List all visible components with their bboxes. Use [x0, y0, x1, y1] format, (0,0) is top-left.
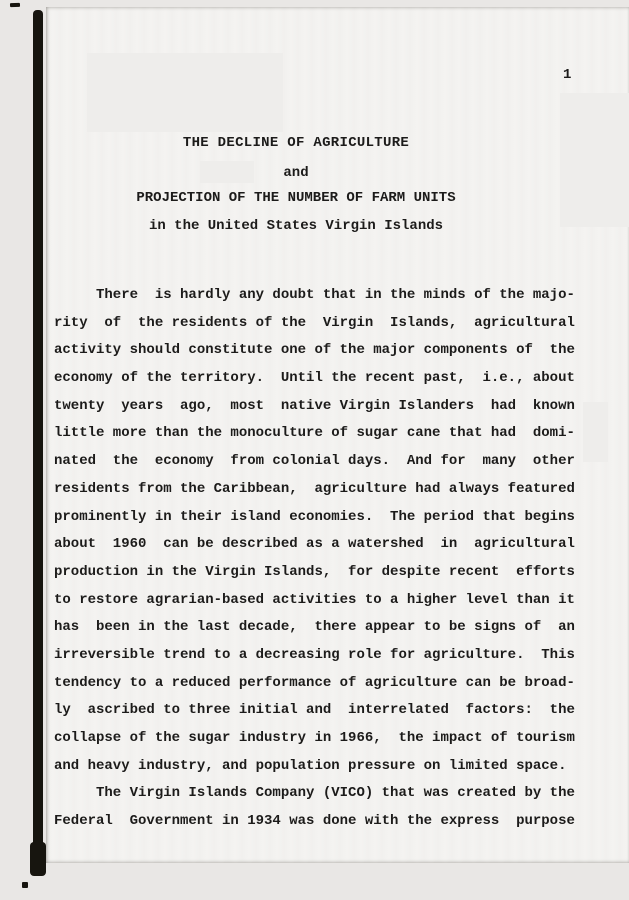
- body-line: collapse of the sugar industry in 1966, …: [54, 725, 578, 753]
- body-line: Federal Government in 1934 was done with…: [54, 808, 578, 836]
- page-number: 1: [563, 67, 572, 83]
- body-line: The Virgin Islands Company (VICO) that w…: [54, 780, 578, 808]
- body-line: about 1960 can be described as a watersh…: [54, 531, 578, 559]
- body-line: little more than the monoculture of suga…: [54, 420, 578, 448]
- body-line: production in the Virgin Islands, for de…: [54, 559, 578, 587]
- body-line: ly ascribed to three initial and interre…: [54, 697, 578, 725]
- whiteout-patch-top-right: [560, 93, 629, 227]
- body-line: twenty years ago, most native Virgin Isl…: [54, 393, 578, 421]
- body-line: There is hardly any doubt that in the mi…: [54, 282, 578, 310]
- scan-artifact-bottom-left-dot: [22, 882, 28, 888]
- body-line: residents from the Caribbean, agricultur…: [54, 476, 578, 504]
- body-line: and heavy industry, and population press…: [54, 753, 578, 781]
- title-line-2: and: [0, 166, 592, 181]
- title-line-1: THE DECLINE OF AGRICULTURE: [0, 136, 592, 151]
- body-line: activity should constitute one of the ma…: [54, 337, 578, 365]
- body-line: to restore agrarian-based activities to …: [54, 587, 578, 615]
- body-line: nated the economy from colonial days. An…: [54, 448, 578, 476]
- body-line: prominently in their island economies. T…: [54, 504, 578, 532]
- body-text: There is hardly any doubt that in the mi…: [54, 282, 578, 836]
- body-line: has been in the last decade, there appea…: [54, 614, 578, 642]
- title-line-3: PROJECTION OF THE NUMBER OF FARM UNITS: [0, 191, 592, 206]
- body-line: rity of the residents of the Virgin Isla…: [54, 310, 578, 338]
- whiteout-patch-top-left: [87, 53, 283, 132]
- scan-artifact-left-edge-blob: [30, 842, 46, 876]
- body-line: tendency to a reduced performance of agr…: [54, 670, 578, 698]
- scan-artifact-top-left-dash: [10, 3, 20, 7]
- whiteout-patch-mid-right: [583, 402, 608, 462]
- title-line-4: in the United States Virgin Islands: [0, 219, 592, 234]
- body-line: irreversible trend to a decreasing role …: [54, 642, 578, 670]
- body-line: economy of the territory. Until the rece…: [54, 365, 578, 393]
- scanned-document-page: 1 THE DECLINE OF AGRICULTURE and PROJECT…: [0, 0, 629, 900]
